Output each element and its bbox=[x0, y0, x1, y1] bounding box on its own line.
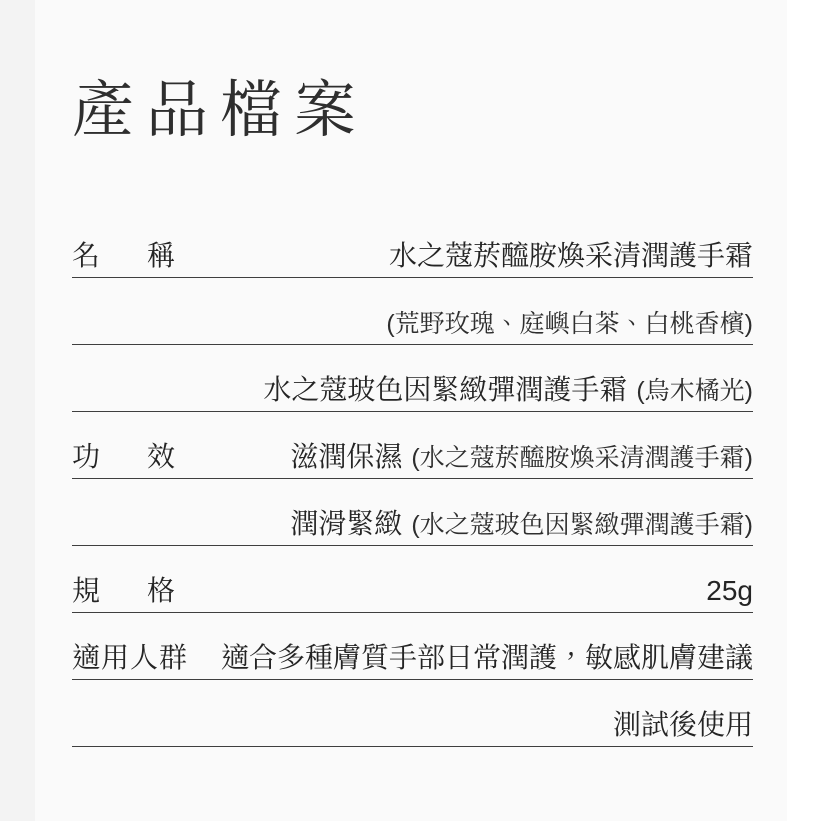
product-sheet: { "page": { "title": "產品檔案" }, "table": … bbox=[0, 0, 821, 821]
row-value-wrap: 25g bbox=[175, 574, 753, 608]
row-value-wrap: 測試後使用 bbox=[72, 708, 753, 742]
row-label: 名稱 bbox=[72, 239, 175, 273]
table-row: 適用人群 適合多種膚質手部日常潤護，敏感肌膚建議 bbox=[72, 613, 753, 680]
table-row: (荒野玫瑰、庭嶼白茶、白桃香檳) bbox=[72, 278, 753, 345]
row-value-wrap: 水之蔻玻色因緊緻彈潤護手霜(烏木橘光) bbox=[72, 373, 753, 407]
row-value-wrap: (荒野玫瑰、庭嶼白茶、白桃香檳) bbox=[72, 308, 753, 340]
row-value: 水之蔻菸醯胺煥采清潤護手霜 bbox=[389, 240, 753, 271]
row-value: 測試後使用 bbox=[613, 709, 753, 740]
row-note: (水之蔻菸醯胺煥采清潤護手霜) bbox=[411, 444, 753, 472]
row-value: 25g bbox=[706, 575, 753, 606]
row-value: 潤滑緊緻 bbox=[290, 508, 402, 539]
table-row: 潤滑緊緻(水之蔻玻色因緊緻彈潤護手霜) bbox=[72, 479, 753, 546]
row-value-wrap: 適合多種膚質手部日常潤護，敏感肌膚建議 bbox=[187, 641, 753, 675]
row-value: 適合多種膚質手部日常潤護，敏感肌膚建議 bbox=[221, 642, 753, 673]
row-label: 適用人群 bbox=[72, 641, 187, 675]
row-label: 功效 bbox=[72, 440, 175, 474]
row-note: (荒野玫瑰、庭嶼白茶、白桃香檳) bbox=[386, 310, 753, 338]
row-value-wrap: 滋潤保濕(水之蔻菸醯胺煥采清潤護手霜) bbox=[175, 440, 753, 474]
row-note: (水之蔻玻色因緊緻彈潤護手霜) bbox=[411, 511, 753, 539]
content-column: 產品檔案 名稱 水之蔻菸醯胺煥采清潤護手霜 (荒野玫瑰、庭嶼白茶、白桃香檳) 水… bbox=[72, 74, 753, 747]
row-value-wrap: 水之蔻菸醯胺煥采清潤護手霜 bbox=[175, 239, 753, 273]
row-value-wrap: 潤滑緊緻(水之蔻玻色因緊緻彈潤護手霜) bbox=[72, 507, 753, 541]
product-file-table: 名稱 水之蔻菸醯胺煥采清潤護手霜 (荒野玫瑰、庭嶼白茶、白桃香檳) 水之蔻玻色因… bbox=[72, 211, 753, 747]
table-row: 名稱 水之蔻菸醯胺煥采清潤護手霜 bbox=[72, 211, 753, 278]
photo-edge-shade bbox=[0, 0, 35, 821]
table-row: 規格 25g bbox=[72, 546, 753, 613]
row-note: (烏木橘光) bbox=[636, 377, 753, 405]
row-label: 規格 bbox=[72, 574, 175, 608]
row-value: 滋潤保濕 bbox=[290, 441, 402, 472]
table-row: 功效 滋潤保濕(水之蔻菸醯胺煥采清潤護手霜) bbox=[72, 412, 753, 479]
page-title: 產品檔案 bbox=[72, 74, 753, 145]
table-row: 水之蔻玻色因緊緻彈潤護手霜(烏木橘光) bbox=[72, 345, 753, 412]
table-row: 測試後使用 bbox=[72, 680, 753, 747]
row-value: 水之蔻玻色因緊緻彈潤護手霜 bbox=[263, 374, 627, 405]
